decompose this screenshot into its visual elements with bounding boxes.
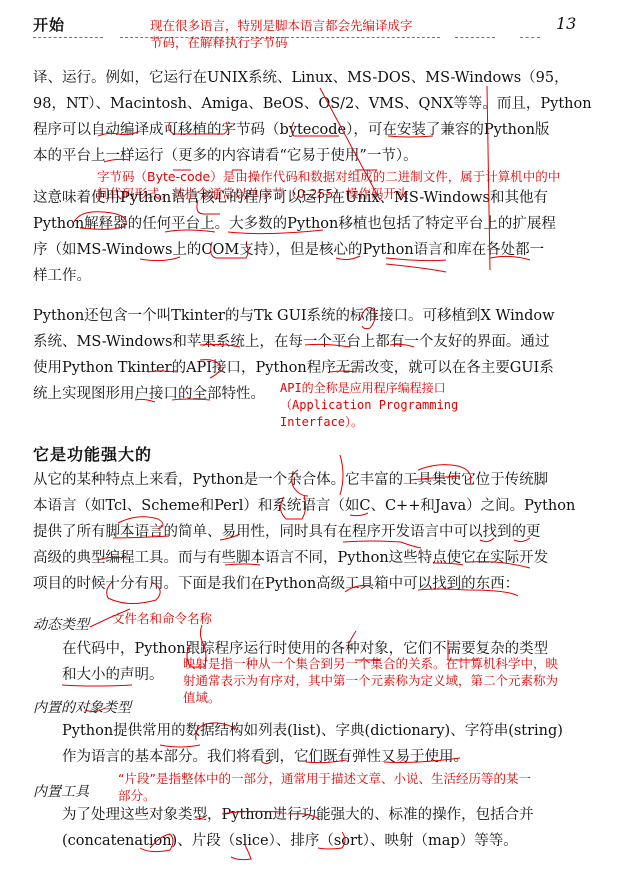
text-line: Python还包含一个叫Tkinter的与Tk GUI系统的标准接口。可移植到X… xyxy=(33,307,555,325)
text-line: 为了处理这些对象类型，Python进行功能强大的、标准的操作，包括合并 xyxy=(62,806,534,824)
text-line: 这意味着使用Python语言核心的程序可以运行在Unix、MS-Windows和… xyxy=(33,189,548,207)
header-rule xyxy=(520,37,540,38)
text-line: 译、运行。例如，它运行在UNIX系统、Linux、MS-DOS、MS-Windo… xyxy=(33,69,569,87)
text-line: 作为语言的基本部分。我们将看到，它们既有弹性又易于使用。 xyxy=(62,748,468,766)
annotation-api-definition: API的全称是应用程序编程接口 （Application Programming… xyxy=(280,380,458,431)
text-line: 高级的典型编程工具。而与有些脚本语言不同，Python这些特点使它在实际开发 xyxy=(33,549,548,567)
text-line: 系统、MS-Windows和苹果系统上，在每一个平台上都有一个友好的界面。通过 xyxy=(33,333,549,351)
section-heading: 它是功能强大的 xyxy=(33,442,152,465)
text-line: 程序可以自动编译成可移植的字节码（bytecode），可在安装了兼容的Pytho… xyxy=(33,121,550,139)
text-line: (concatenation)、片段（slice）、排序（sort）、映射（ma… xyxy=(62,832,518,850)
text-line: 本语言（如Tcl、Scheme和Perl）和系统语言（如C、C++和Java）之… xyxy=(33,497,575,515)
text-line: Python解释器的任何平台上。大多数的Python移植也包括了特定平台上的扩展… xyxy=(33,215,556,233)
chapter-title: 开始 xyxy=(33,14,65,35)
annotation-line: 射通常表示为有序对，其中第一个元素称为定义域，第二个元素称为 xyxy=(183,672,558,689)
annotation-line: 字节码（Byte-code）是由操作代码和数据对组成的二进制文件，属于计算机中的… xyxy=(97,168,560,185)
annotation-line: 值域。 xyxy=(183,689,558,706)
annotation-slice-definition: “片段”是指整体中的一部分，通常用于描述文章、小说、生活经历等的某一 部分。 xyxy=(118,770,531,804)
text-line: 98，NT）、Macintosh、Amiga、BeOS、OS/2、VMS、QNX… xyxy=(33,95,592,113)
text-line: 本的平台上一样运行（更多的内容请看“它易于使用”一节）。 xyxy=(33,147,418,165)
annotation-line: （Application Programming xyxy=(280,397,458,414)
page-number: 13 xyxy=(556,14,576,33)
annotation-line: 映射是指一种从一个集合到另一个集合的关系。在计算机科学中，映 xyxy=(183,655,558,672)
annotation-line: “片段”是指整体中的一部分，通常用于描述文章、小说、生活经历等的某一 xyxy=(118,770,531,787)
feature-title-builtin-tools: 内置工具 xyxy=(33,781,89,801)
annotation-line: API的全称是应用程序编程接口 xyxy=(280,380,458,397)
annotation-line: Interface）。 xyxy=(280,414,458,431)
header-rule xyxy=(455,37,495,38)
text-line: 项目的时候十分有用。下面是我们在Python高级工具箱中可以找到的东西： xyxy=(33,575,519,593)
feature-title-builtin-types: 内置的对象类型 xyxy=(33,697,131,717)
text-line: 统上实现图形用户接口的全部特性。 xyxy=(33,385,265,403)
text-line: 从它的某种特点上来看，Python是一个杂合体。它丰富的工具集使它位于传统脚 xyxy=(33,471,548,489)
feature-title-dynamic-typing: 动态类型 xyxy=(33,614,89,634)
book-page: 开始 13 现在很多语言，特别是脚本语言都会先编译成字 节码，在解释执行字节码 … xyxy=(0,0,644,875)
annotation-filenames: 文件名和命令名称 xyxy=(112,610,212,627)
text-line: Python提供常用的数据结构如列表(list)、字典(dictionary)、… xyxy=(62,722,563,740)
annotation-line: 部分。 xyxy=(118,787,531,804)
text-line: 样工作。 xyxy=(33,267,91,285)
annotation-mapping-definition: 映射是指一种从一个集合到另一个集合的关系。在计算机科学中，映 射通常表示为有序对… xyxy=(183,655,558,706)
text-line: 序（如MS-Windows上的COM支持），但是核心的Python语言和库在各处… xyxy=(33,241,544,259)
text-line: 和大小的声明。 xyxy=(62,666,164,684)
annotation-line: 现在很多语言，特别是脚本语言都会先编译成字 xyxy=(150,17,413,34)
annotation-line: 节码，在解释执行字节码 xyxy=(150,34,413,51)
text-line: 使用Python Tkinter的API接口，Python程序无需改变，就可以在… xyxy=(33,359,554,377)
annotation-bytecode-compile: 现在很多语言，特别是脚本语言都会先编译成字 节码，在解释执行字节码 xyxy=(150,17,413,51)
header-rule xyxy=(33,37,103,38)
text-line: 提供了所有脚本语言的简单、易用性，同时具有在程序开发语言中可以找到的更 xyxy=(33,523,541,541)
